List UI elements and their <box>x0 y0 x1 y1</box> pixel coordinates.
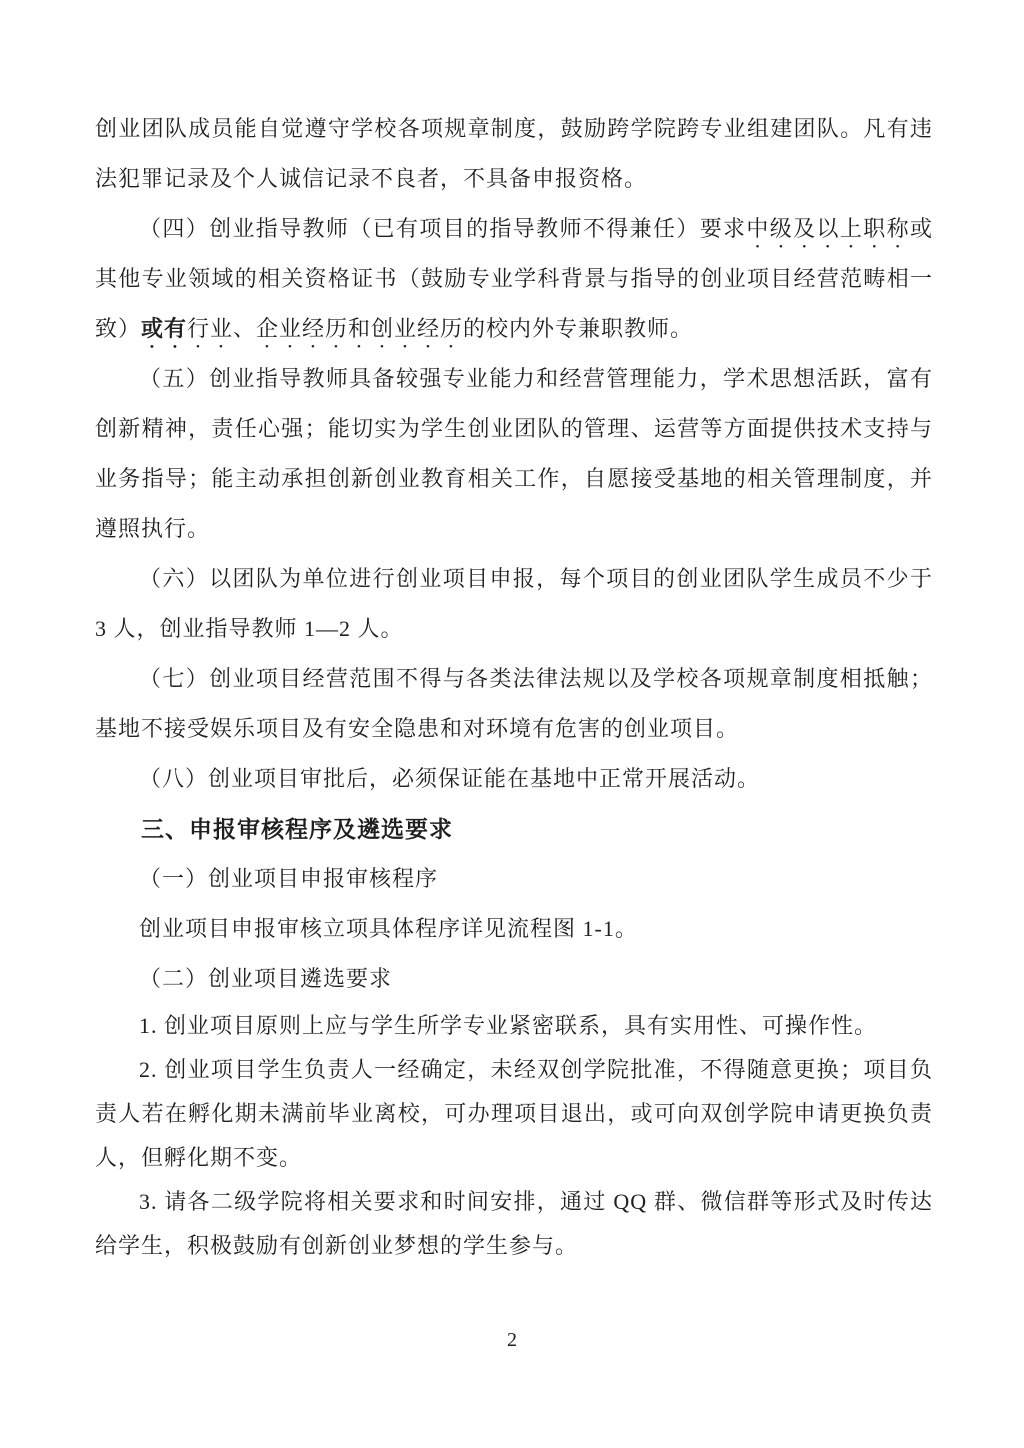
text-run: （二）创业项目遴选要求 <box>139 966 392 991</box>
paragraph: （七）创业项目经营范围不得与各类法律法规以及学校各项规章制度相抵触；基地不接受娱… <box>95 654 933 754</box>
text-run: （一）创业项目申报审核程序 <box>139 866 438 891</box>
page-number: 2 <box>0 1329 1024 1352</box>
heading: 三、申报审核程序及遴选要求 <box>95 804 933 854</box>
paragraph: （二）创业项目遴选要求 <box>95 954 933 1004</box>
text-run: （六）以团队为单位进行创业项目申报，每个项目的创业团队学生成员不少于 3 人，创… <box>95 566 933 641</box>
paragraph: 2. 创业项目学生负责人一经确定，未经双创学院批准，不得随意更换；项目负责人若在… <box>95 1048 933 1180</box>
text-run: 三、申报审核程序及遴选要求 <box>141 816 453 842</box>
paragraph: （六）以团队为单位进行创业项目申报，每个项目的创业团队学生成员不少于 3 人，创… <box>95 554 933 654</box>
document-body: 创业团队成员能自觉遵守学校各项规章制度，鼓励跨学院跨专业组建团队。凡有违法犯罪记… <box>95 104 933 1268</box>
text-run: 行业、企业经历和创业经历 <box>187 316 463 341</box>
paragraph: （四）创业指导教师（已有项目的指导教师不得兼任）要求中级及以上职称或其他专业领域… <box>95 204 933 354</box>
text-run: （七）创业项目经营范围不得与各类法律法规以及学校各项规章制度相抵触；基地不接受娱… <box>95 666 933 741</box>
text-run: 3. 请各二级学院将相关要求和时间安排，通过 QQ 群、微信群等形式及时传达给学… <box>95 1189 933 1258</box>
text-run: 或有 <box>141 316 187 341</box>
text-run: （五）创业指导教师具备较强专业能力和经营管理能力，学术思想活跃，富有创新精神，责… <box>95 366 933 541</box>
paragraph: （五）创业指导教师具备较强专业能力和经营管理能力，学术思想活跃，富有创新精神，责… <box>95 354 933 554</box>
text-run: 2. 创业项目学生负责人一经确定，未经双创学院批准，不得随意更换；项目负责人若在… <box>95 1057 933 1170</box>
document-page: 创业团队成员能自觉遵守学校各项规章制度，鼓励跨学院跨专业组建团队。凡有违法犯罪记… <box>0 0 1024 1448</box>
text-run: 创业团队成员能自觉遵守学校各项规章制度，鼓励跨学院跨专业组建团队。凡有违法犯罪记… <box>95 116 933 191</box>
text-run: 1. 创业项目原则上应与学生所学专业紧密联系，具有实用性、可操作性。 <box>139 1013 877 1038</box>
text-run: 创业项目申报审核立项具体程序详见流程图 1-1。 <box>139 916 638 941</box>
text-run: （四）创业指导教师（已有项目的指导教师不得兼任）要求 <box>139 216 746 241</box>
text-run: 中级及以上职称 <box>746 216 910 241</box>
paragraph: 1. 创业项目原则上应与学生所学专业紧密联系，具有实用性、可操作性。 <box>95 1004 933 1048</box>
text-run: 的校内外专兼职教师。 <box>463 316 693 341</box>
paragraph: （八）创业项目审批后，必须保证能在基地中正常开展活动。 <box>95 754 933 804</box>
paragraph: 创业项目申报审核立项具体程序详见流程图 1-1。 <box>95 904 933 954</box>
text-run: （八）创业项目审批后，必须保证能在基地中正常开展活动。 <box>139 766 760 791</box>
paragraph: （一）创业项目申报审核程序 <box>95 854 933 904</box>
paragraph: 3. 请各二级学院将相关要求和时间安排，通过 QQ 群、微信群等形式及时传达给学… <box>95 1180 933 1268</box>
paragraph: 创业团队成员能自觉遵守学校各项规章制度，鼓励跨学院跨专业组建团队。凡有违法犯罪记… <box>95 104 933 204</box>
